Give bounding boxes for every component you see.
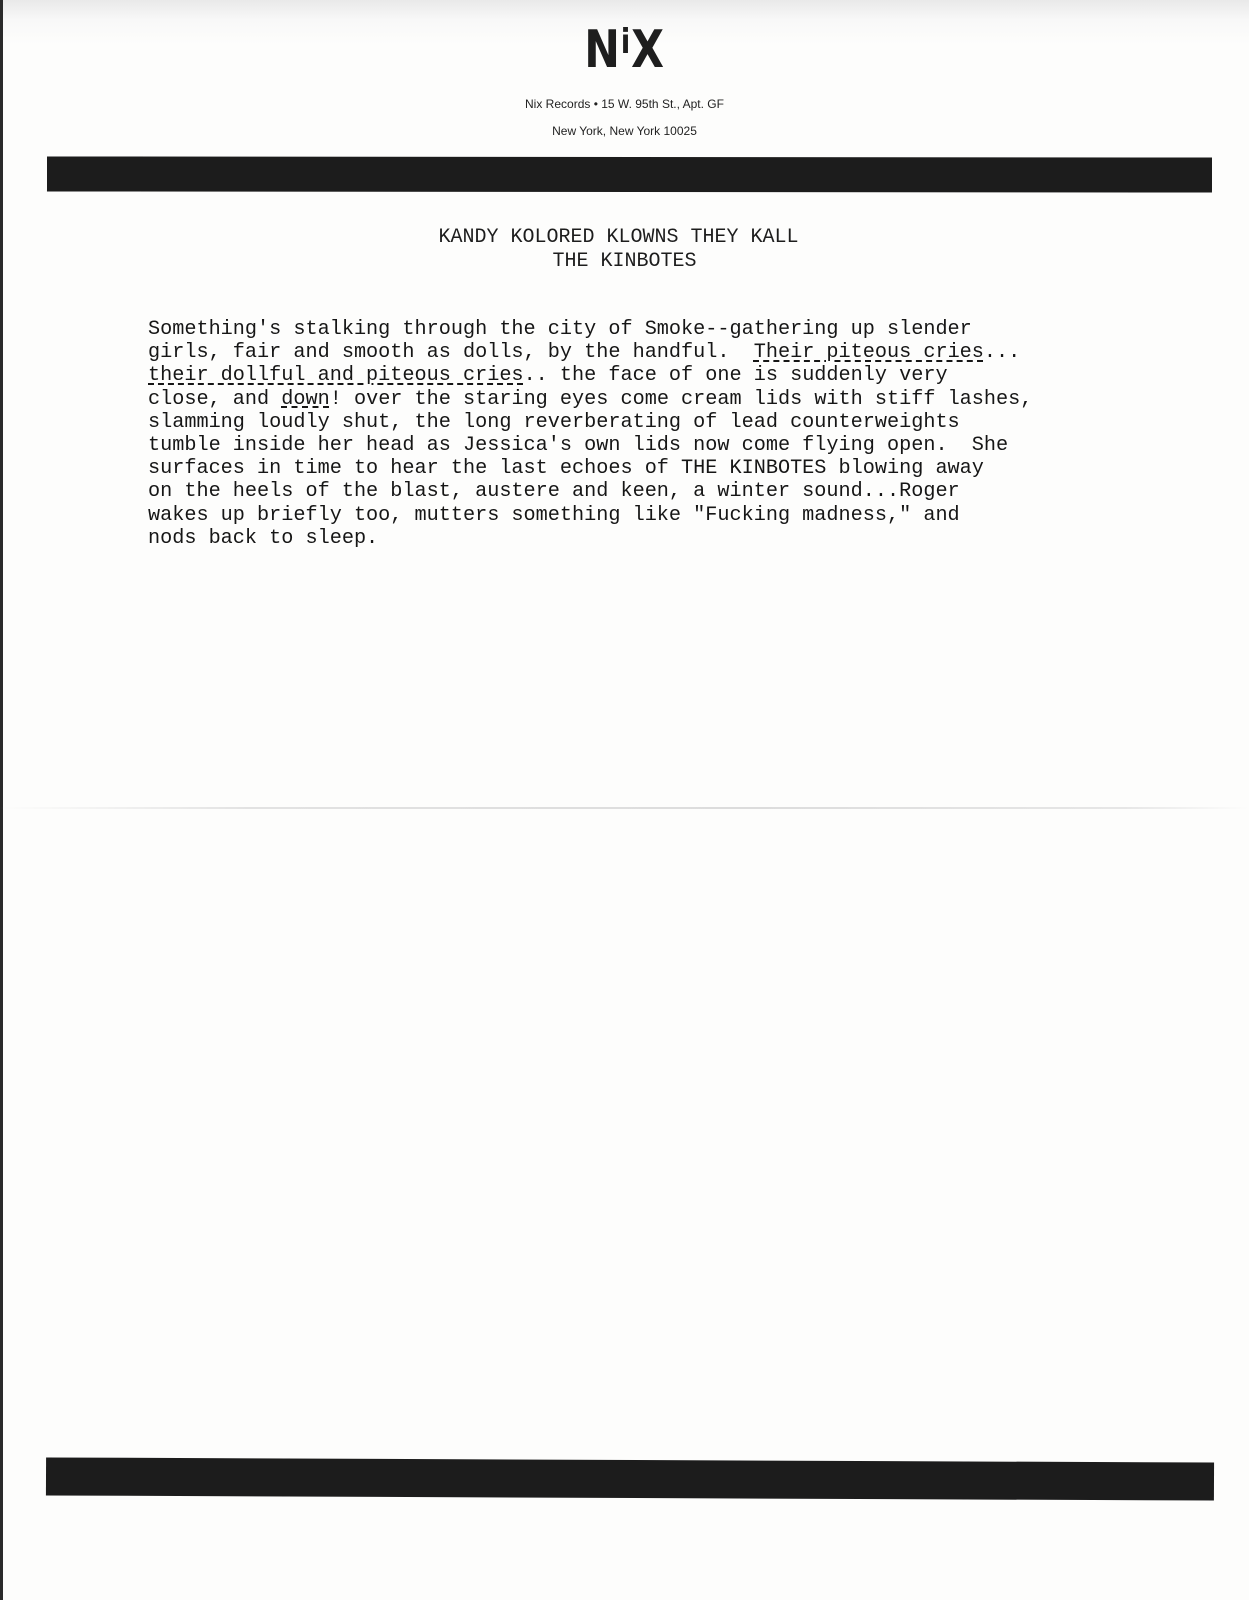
text-run: girls, fair and smooth as dolls, by the … bbox=[148, 341, 754, 364]
text-run: ... bbox=[984, 341, 1020, 364]
text-run: .. the face of one is suddenly very bbox=[524, 364, 948, 387]
body-line: close, and down! over the staring eyes c… bbox=[148, 388, 1208, 411]
body-line: nods back to sleep. bbox=[148, 527, 1208, 550]
logo-letter-x: X bbox=[631, 20, 665, 80]
body-line: on the heels of the blast, austere and k… bbox=[148, 480, 1208, 503]
underlined-phrase: their dollful and piteous cries bbox=[148, 364, 524, 387]
document-title: KANDY KOLORED KLOWNS THEY KALL bbox=[0, 226, 1243, 250]
letterhead-address-line1: Nix Records • 15 W. 95th St., Apt. GF bbox=[0, 97, 1249, 111]
header-rule-bar bbox=[47, 156, 1212, 192]
paper-fold-crease bbox=[0, 807, 1249, 809]
nix-logo: NiX bbox=[112, 12, 1136, 80]
underlined-phrase: down bbox=[281, 388, 329, 411]
text-run: Something's stalking through the city of… bbox=[148, 318, 972, 341]
body-line: slamming loudly shut, the long reverbera… bbox=[148, 411, 1208, 434]
logo-letter-n: N bbox=[584, 20, 621, 80]
letterhead-address-line2: New York, New York 10025 bbox=[0, 124, 1249, 138]
letter-page: NiX Nix Records • 15 W. 95th St., Apt. G… bbox=[0, 0, 1249, 1600]
text-run: surfaces in time to hear the last echoes… bbox=[148, 457, 984, 480]
logo-letter-i: i bbox=[621, 22, 631, 62]
footer-rule-bar bbox=[46, 1457, 1214, 1500]
body-line: girls, fair and smooth as dolls, by the … bbox=[148, 341, 1208, 364]
text-run: tumble inside her head as Jessica's own … bbox=[148, 434, 1008, 457]
text-run: wakes up briefly too, mutters something … bbox=[148, 504, 960, 527]
text-run: nods back to sleep. bbox=[148, 527, 378, 550]
text-run: on the heels of the blast, austere and k… bbox=[148, 480, 960, 503]
body-line: surfaces in time to hear the last echoes… bbox=[148, 457, 1208, 480]
body-line: wakes up briefly too, mutters something … bbox=[148, 504, 1208, 527]
underlined-phrase: Their piteous cries bbox=[754, 341, 984, 364]
body-paragraph: Something's stalking through the city of… bbox=[148, 318, 1208, 550]
text-run: close, and bbox=[148, 388, 281, 411]
text-run: ! over the staring eyes come cream lids … bbox=[330, 388, 1033, 411]
body-line: tumble inside her head as Jessica's own … bbox=[148, 434, 1208, 457]
text-run: slamming loudly shut, the long reverbera… bbox=[148, 411, 960, 434]
body-line: Something's stalking through the city of… bbox=[148, 318, 1208, 341]
body-line: their dollful and piteous cries.. the fa… bbox=[148, 364, 1208, 387]
document-subtitle: THE KINBOTES bbox=[0, 250, 1249, 274]
